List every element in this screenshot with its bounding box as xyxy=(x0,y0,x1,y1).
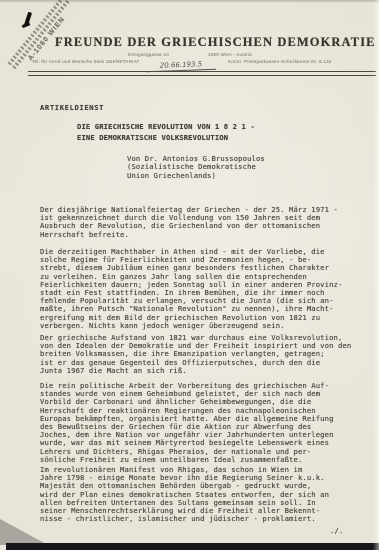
pen-mark xyxy=(24,12,32,27)
paragraph-3: Der griechische Aufstand von 1821 war du… xyxy=(40,334,351,375)
paragraph-4: Die rein politische Arbeit der Vorbereit… xyxy=(40,382,334,464)
author-byline: Von Dr. Antonios G.Brussopoulos (Soziali… xyxy=(127,155,265,180)
letterhead-contact-info: Tel. für Anruf und Wünsche beim SEKRETAR… xyxy=(32,59,140,64)
document-title: DIE GRIECHISCHE REVOLUTION VON 1 8 2 1 -… xyxy=(77,121,255,143)
continuation-mark: ./. xyxy=(330,527,343,535)
letterhead-street: Königseggasse 10 xyxy=(128,52,169,57)
letterhead-city: 1060 Wien - Austria xyxy=(208,52,252,57)
scan-corner-fold xyxy=(0,519,48,545)
scan-right-edge xyxy=(373,0,379,550)
scan-bottom-edge xyxy=(6,543,379,550)
letterhead-divider-rule xyxy=(28,71,376,76)
paragraph-5: Im revolutionären Manifest von Rhigas, d… xyxy=(40,466,329,523)
scanned-letter-page: A-1060 WIEN FREUNDE DER GRIECHISCHEN DEM… xyxy=(0,0,379,550)
document-kicker: ARTIKELDIENST xyxy=(40,104,104,112)
paragraph-2: Die derzeitigen Machthaber in Athen sind… xyxy=(40,248,342,330)
letterhead-account-info: Konto: Postsparkassen-Scheckkonto Nr. 8.… xyxy=(228,59,332,64)
letterhead-org-name: FREUNDE DER GRIECHISCHEN DEMOKRATIE xyxy=(55,35,375,50)
scan-top-shadow xyxy=(0,0,379,3)
paragraph-1: Der diesjährige Nationalfeiertag der Gri… xyxy=(40,206,338,239)
